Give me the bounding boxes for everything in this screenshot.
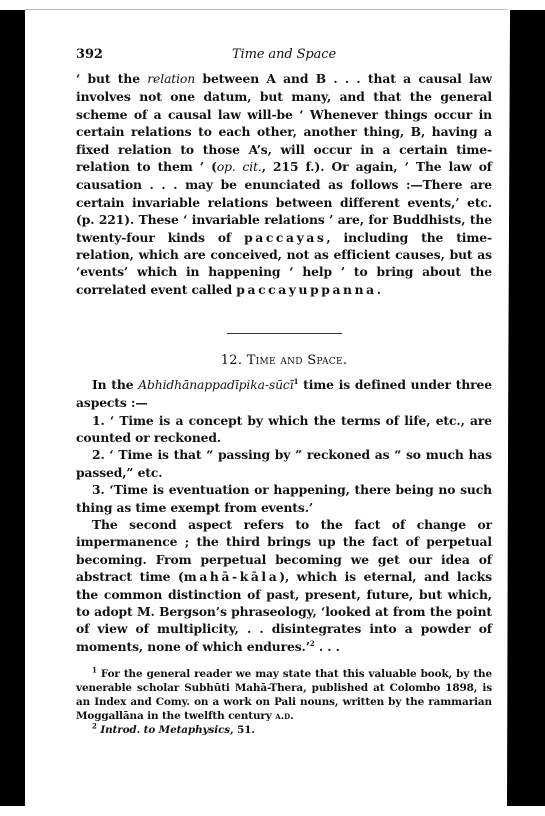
section-heading: 12. Time and Space. <box>76 352 492 369</box>
spaced-term-paccayuppanna: paccayuppanna <box>236 282 376 297</box>
list-item-3: 3. ‘Time is eventuation or happening, th… <box>76 481 492 516</box>
spaced-term-paccayas: paccayas <box>244 230 326 245</box>
text-run: In the <box>92 377 138 392</box>
footnotes: 1 For the general reader we may state th… <box>76 667 492 737</box>
paragraph-continuation: ‘ but the relation between A and B . . .… <box>76 70 492 298</box>
section-divider <box>76 324 492 326</box>
footnote-1: 1 For the general reader we may state th… <box>76 667 492 723</box>
italic-book-title: Abhidhānappadīpika-sūcī <box>138 378 293 392</box>
paragraph-intro: In the Abhidhānappadīpika-sūcī1 time is … <box>76 376 492 412</box>
footnote-book-title: Introd. to Metaphysics <box>100 724 230 736</box>
text-run: . <box>377 282 381 297</box>
scan-border-left <box>0 10 25 806</box>
list-item-2: 2. ‘ Time is that “ passing by ” reckone… <box>76 446 492 481</box>
spaced-term-maha-kala: mahā-kāla <box>184 569 280 584</box>
italic-relation: relation <box>147 72 195 86</box>
italic-op-cit: op. cit. <box>217 160 262 174</box>
running-title: Time and Space <box>76 46 492 63</box>
book-page: 392 Time and Space ‘ but the relation be… <box>76 46 492 737</box>
footnote-era: a.d. <box>275 710 293 722</box>
paragraph-discussion: The second aspect refers to the fact of … <box>76 516 492 655</box>
divider-rule <box>227 333 342 334</box>
footnote-marker-2: 2 <box>92 722 97 731</box>
scan-border-top <box>25 9 507 10</box>
running-head: 392 Time and Space <box>76 46 492 70</box>
footnote-text: , 51. <box>230 724 255 736</box>
footnote-2: 2 Introd. to Metaphysics, 51. <box>76 723 492 737</box>
scan-border-right <box>507 10 545 806</box>
text-run: . . . <box>315 639 340 654</box>
text-run: ‘ but the <box>76 71 147 86</box>
list-item-1: 1. ‘ Time is a concept by which the term… <box>76 412 492 447</box>
